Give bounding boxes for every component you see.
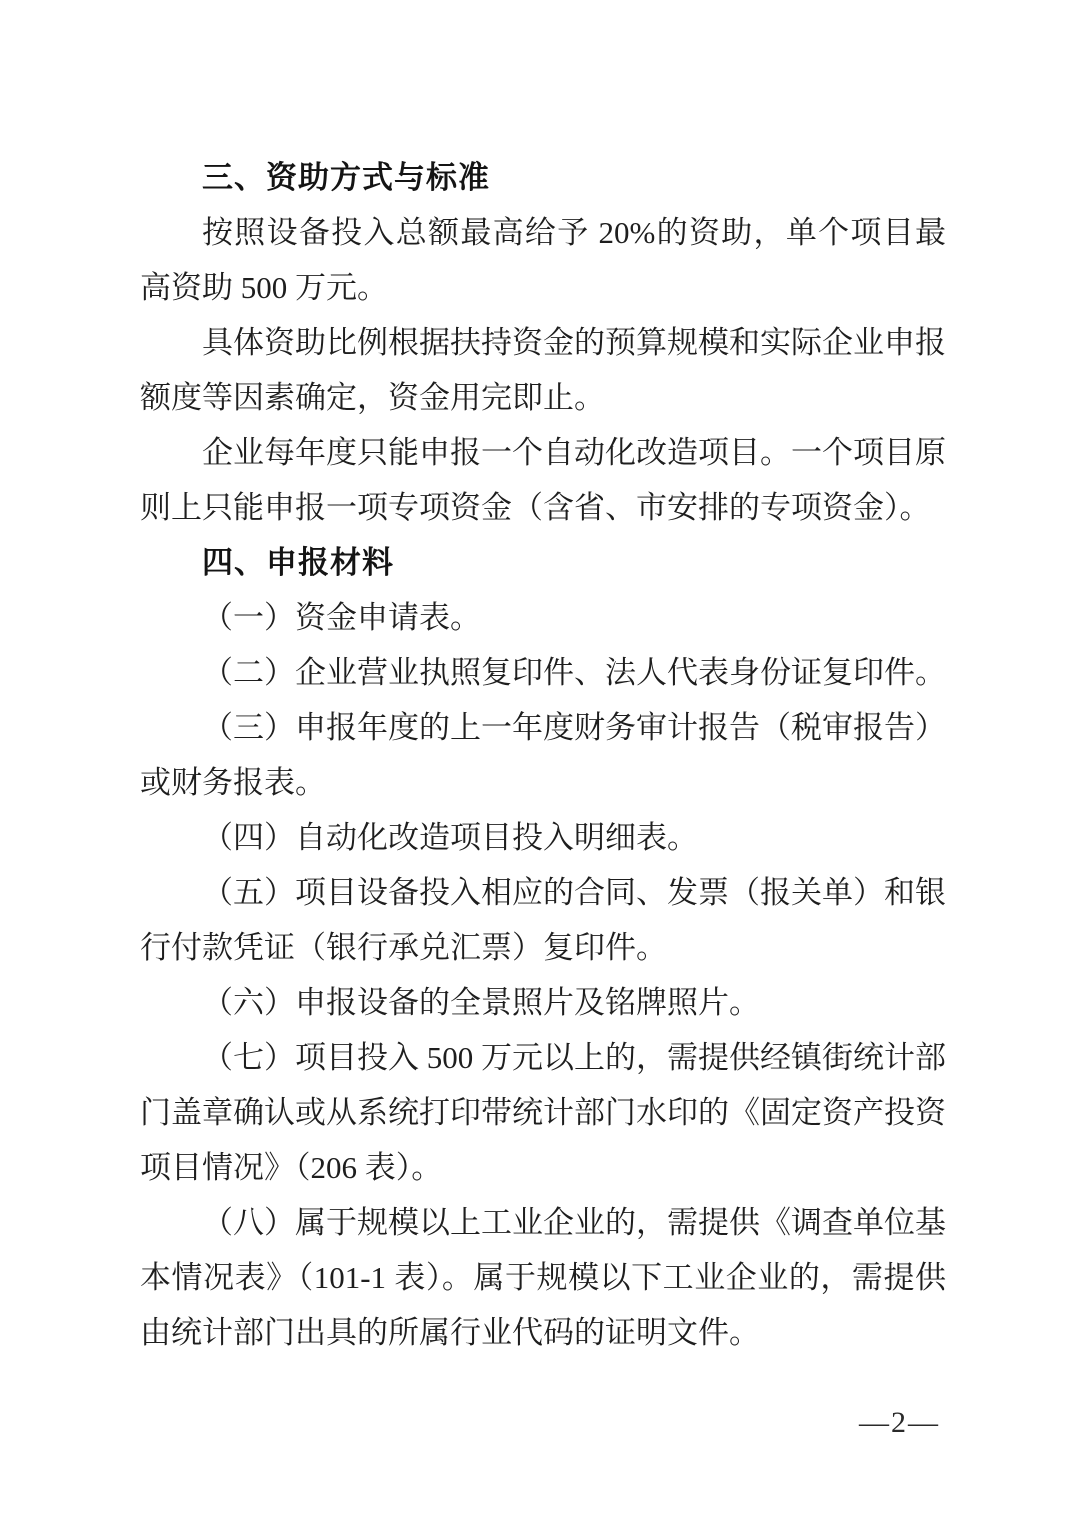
item-4-investment-detail-table: （四）自动化改造项目投入明细表。 — [140, 810, 946, 865]
heading-section-4-application-materials: 四、申报材料 — [140, 535, 946, 590]
document-body: 三、资助方式与标准 按照设备投入总额最高给予 20%的资助，单个项目最高资助 5… — [140, 150, 946, 1360]
item-3-audit-report: （三）申报年度的上一年度财务审计报告（税审报告）或财务报表。 — [140, 700, 946, 810]
para-subsidy-standard: 按照设备投入总额最高给予 20%的资助，单个项目最高资助 500 万元。 — [140, 205, 946, 315]
item-6-equipment-photos: （六）申报设备的全景照片及铭牌照片。 — [140, 975, 946, 1030]
item-1-application-form: （一）资金申请表。 — [140, 590, 946, 645]
item-5-contracts-invoices-payment: （五）项目设备投入相应的合同、发票（报关单）和银行付款凭证（银行承兑汇票）复印件… — [140, 865, 946, 975]
item-2-business-license-copies: （二）企业营业执照复印件、法人代表身份证复印件。 — [140, 645, 946, 700]
page-number: —2— — [859, 1405, 940, 1441]
para-annual-application-limit: 企业每年度只能申报一个自动化改造项目。一个项目原则上只能申报一项专项资金（含省、… — [140, 425, 946, 535]
heading-section-3-funding-method: 三、资助方式与标准 — [140, 150, 946, 205]
item-7-fixed-asset-investment-form: （七）项目投入 500 万元以上的，需提供经镇街统计部门盖章确认或从系统打印带统… — [140, 1030, 946, 1195]
item-8-survey-unit-form: （八）属于规模以上工业企业的，需提供《调查单位基本情况表》（101-1 表）。属… — [140, 1195, 946, 1360]
para-subsidy-ratio: 具体资助比例根据扶持资金的预算规模和实际企业申报额度等因素确定，资金用完即止。 — [140, 315, 946, 425]
document-page: 三、资助方式与标准 按照设备投入总额最高给予 20%的资助，单个项目最高资助 5… — [0, 0, 1080, 1527]
